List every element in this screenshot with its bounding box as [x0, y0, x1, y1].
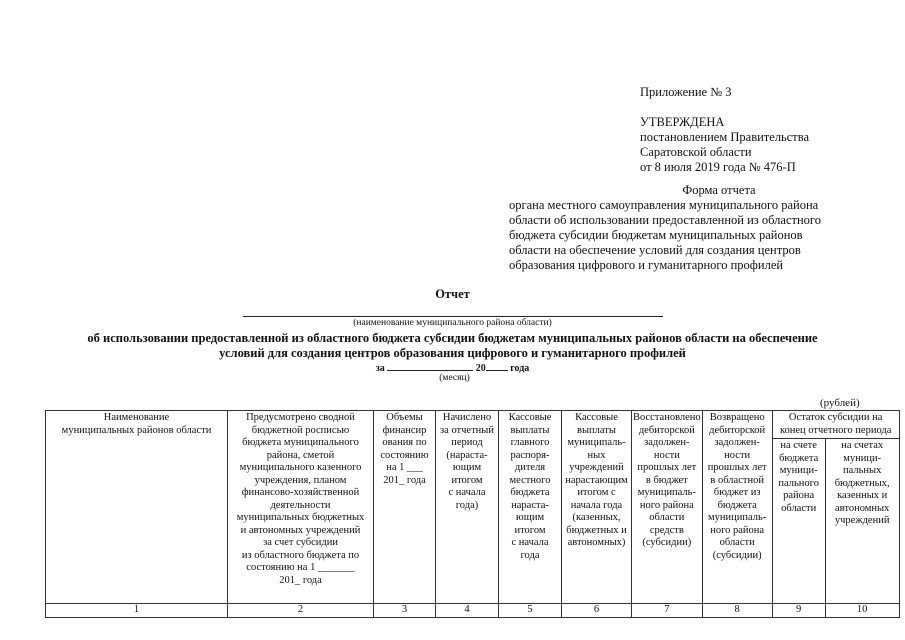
- form-line: органа местного самоуправления муниципал…: [509, 198, 899, 213]
- subject-line: об использовании предоставленной из обла…: [0, 331, 905, 346]
- approval-block: Приложение № 3 УТВЕРЖДЕНА постановлением…: [640, 85, 809, 175]
- column-number: 1: [46, 604, 228, 618]
- header-cash-institutions: Кассовые выплаты муниципаль- ных учрежде…: [562, 411, 632, 604]
- header-row: Наименование муниципальных районов облас…: [46, 411, 900, 439]
- form-description: Форма отчета органа местного самоуправле…: [509, 183, 899, 273]
- approval-line: от 8 июля 2019 года № 476-П: [640, 160, 809, 175]
- column-number: 4: [436, 604, 499, 618]
- column-number-row: 1 2 3 4 5 6 7 8 9 10: [46, 604, 900, 618]
- month-blank: [387, 361, 473, 371]
- approval-line: постановлением Правительства: [640, 130, 809, 145]
- column-number: 5: [499, 604, 562, 618]
- column-number: 3: [374, 604, 436, 618]
- district-name-blank: [243, 316, 663, 317]
- column-number: 7: [632, 604, 703, 618]
- form-line: бюджета субсидии бюджетам муниципальных …: [509, 228, 899, 243]
- form-line: образования цифрового и гуманитарного пр…: [509, 258, 899, 273]
- report-table: Наименование муниципальных районов облас…: [45, 410, 900, 618]
- month-caption: (месяц): [0, 373, 905, 383]
- header-balance-institution-accounts: на счетах муници- пальных бюджетных, каз…: [825, 439, 899, 604]
- header-district-name: Наименование муниципальных районов облас…: [46, 411, 228, 604]
- approval-line: Саратовской области: [640, 145, 809, 160]
- header-cash-main-manager: Кассовые выплаты главного распоря- дител…: [499, 411, 562, 604]
- column-number: 9: [772, 604, 825, 618]
- header-accrued: Начислено за отчетный период (нараста- ю…: [436, 411, 499, 604]
- form-title: Форма отчета: [509, 183, 899, 198]
- column-number: 10: [825, 604, 899, 618]
- form-line: области об использовании предоставленной…: [509, 213, 899, 228]
- report-title: Отчет: [0, 287, 905, 302]
- header-financing-volume: Объемы финансир ования по состоянию на 1…: [374, 411, 436, 604]
- units-label: (рублей): [820, 397, 860, 409]
- header-planned: Предусмотрено сводной бюджетной росписью…: [228, 411, 374, 604]
- column-number: 8: [702, 604, 772, 618]
- header-returned-debt: Возвращено дебиторской задолжен- ности п…: [702, 411, 772, 604]
- header-balance-group: Остаток субсидии на конец отчетного пери…: [772, 411, 899, 439]
- header-restored-debt: Восстановлено дебиторской задолжен- ност…: [632, 411, 703, 604]
- column-number: 2: [228, 604, 374, 618]
- subject-line: условий для создания центров образования…: [0, 346, 905, 361]
- header-balance-budget-account: на счете бюджета муници- пального района…: [772, 439, 825, 604]
- appendix-number: Приложение № 3: [640, 85, 809, 100]
- year-blank: [486, 361, 508, 371]
- approved-label: УТВЕРЖДЕНА: [640, 115, 809, 130]
- district-name-caption: (наименование муниципального района обла…: [0, 318, 905, 328]
- report-subject: об использовании предоставленной из обла…: [0, 331, 905, 361]
- form-line: области на обеспечение условий для созда…: [509, 243, 899, 258]
- column-number: 6: [562, 604, 632, 618]
